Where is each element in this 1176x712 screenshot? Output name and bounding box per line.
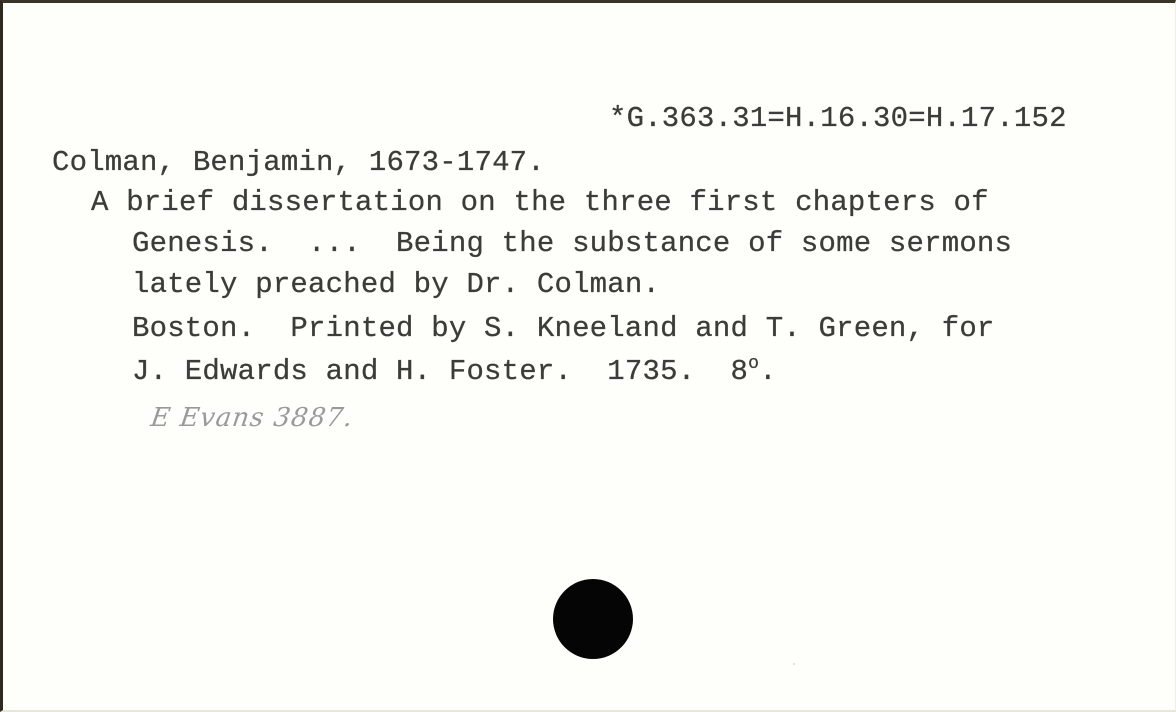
title-line-2: Genesis. ... Being the substance of some… (132, 229, 1012, 258)
imprint-line-1: Boston. Printed by S. Kneeland and T. Gr… (132, 314, 995, 343)
catalog-card: *G.363.31=H.16.30=H.17.152 Colman, Benja… (0, 0, 1176, 712)
punch-hole (553, 579, 633, 659)
paper-speck (793, 663, 795, 665)
title-line-3: lately preached by Dr. Colman. (132, 270, 660, 299)
format-suffix: . (759, 355, 777, 388)
imprint-line-2: J. Edwards and H. Foster. 1735. 8o. (132, 355, 777, 386)
title-line-1: A brief dissertation on the three first … (91, 188, 989, 217)
format-superscript: o (748, 354, 759, 374)
imprint-line-2-text: J. Edwards and H. Foster. 1735. 8 (132, 355, 748, 388)
handwritten-note: E Evans 3887. (149, 403, 355, 433)
author-heading: Colman, Benjamin, 1673-1747. (52, 148, 545, 177)
call-number: *G.363.31=H.16.30=H.17.152 (609, 104, 1067, 133)
